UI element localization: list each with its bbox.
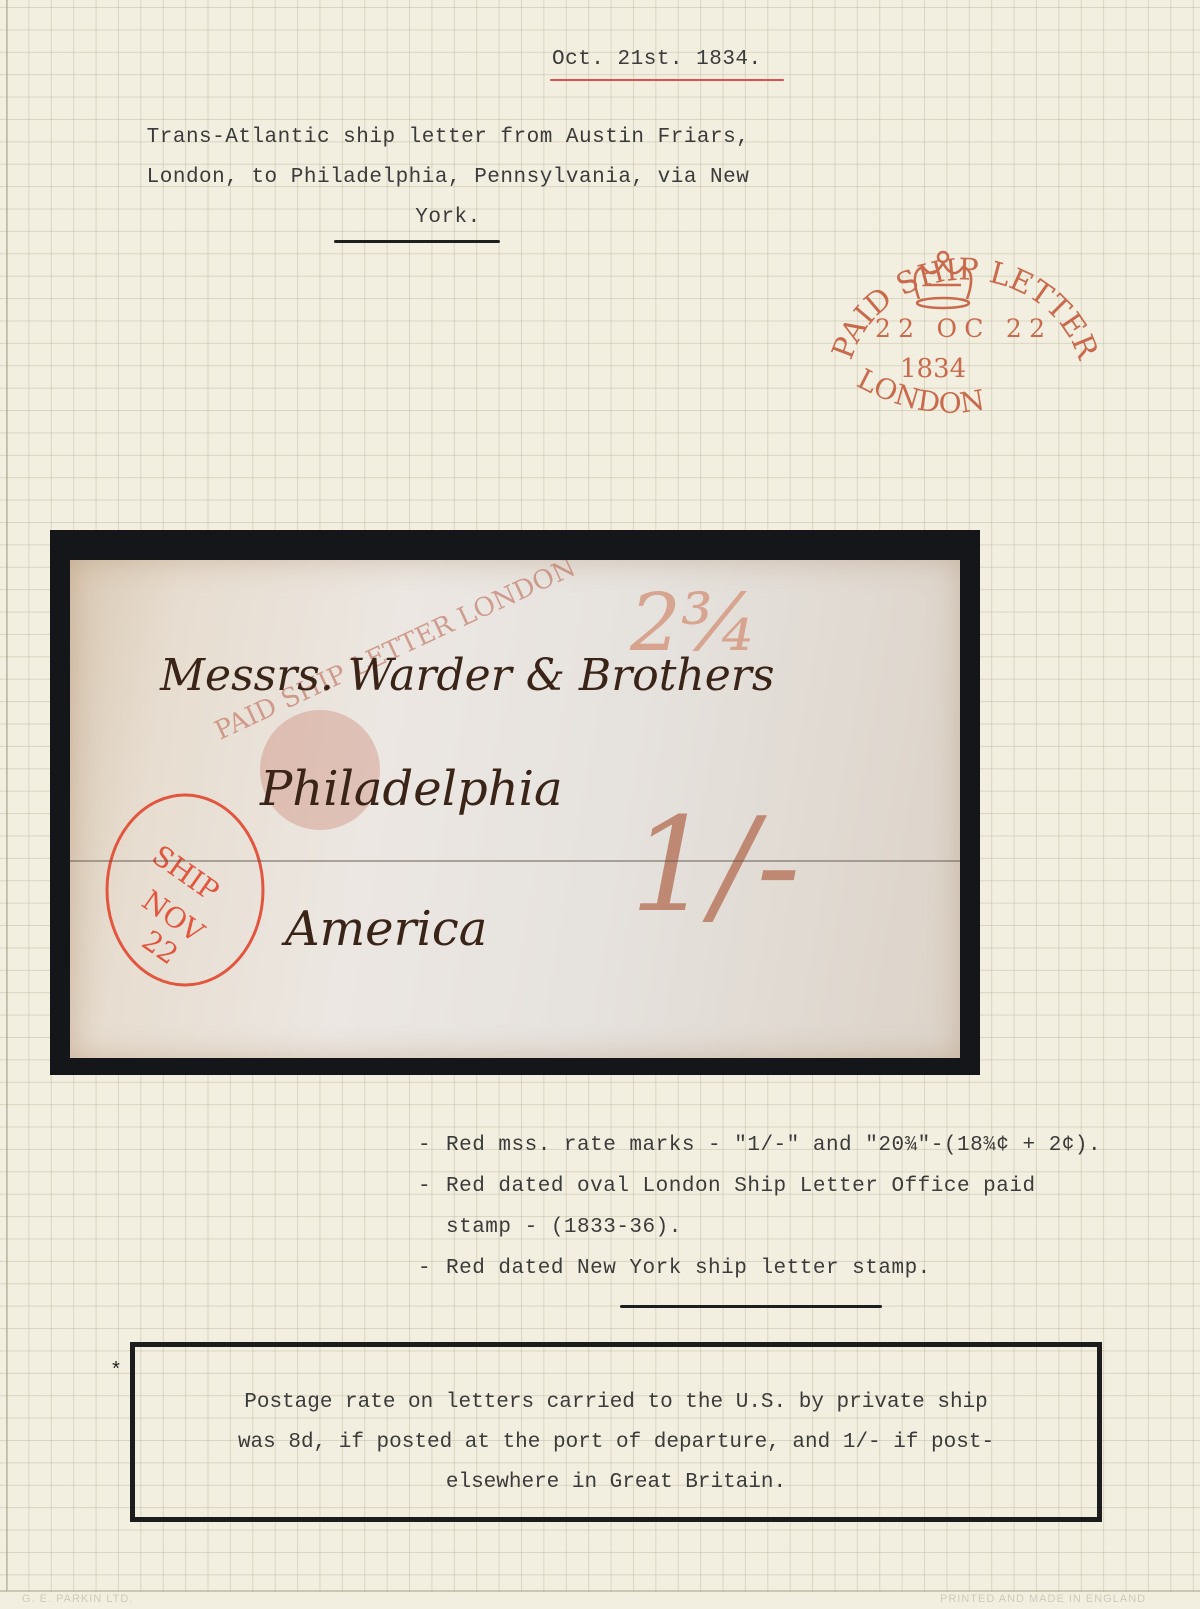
- divider-rule: [620, 1305, 882, 1308]
- intro-line: London, to Philadelphia, Pennsylvania, v…: [98, 158, 798, 198]
- printer-imprint: G. E. PARKIN LTD.: [22, 1593, 133, 1605]
- note-item: -Red mss. rate marks - "1/-" and "20¾"-(…: [418, 1125, 1101, 1166]
- stamp-arc-text: PAID SHIP LETTER: [825, 252, 1105, 365]
- note-item: -Red dated New York ship letter stamp.: [418, 1248, 1101, 1289]
- svg-text:Philadelphia: Philadelphia: [259, 761, 563, 817]
- entire-letter-cover: PAID SHIP LETTER LONDON SHIP NOV 22 2¾ 1…: [70, 560, 960, 1058]
- notes-list: -Red mss. rate marks - "1/-" and "20¾"-(…: [418, 1125, 1101, 1289]
- footnote-box: Postage rate on letters carried to the U…: [130, 1342, 1102, 1522]
- cover-fold-line: [70, 860, 960, 862]
- svg-text:1/-: 1/-: [630, 789, 800, 941]
- svg-text:Messrs. Warder & Brothers: Messrs. Warder & Brothers: [159, 650, 774, 701]
- page-border-left: [6, 0, 8, 1590]
- svg-text:1834: 1834: [900, 354, 966, 384]
- note-item: -Red dated oval London Ship Letter Offic…: [418, 1166, 1101, 1207]
- svg-text:America: America: [281, 901, 487, 957]
- page-date: Oct. 21st. 1834.: [552, 48, 762, 71]
- intro-line: York.: [98, 198, 798, 238]
- intro-line: Trans-Atlantic ship letter from Austin F…: [98, 118, 798, 158]
- footnote-text: Postage rate on letters carried to the U…: [135, 1383, 1097, 1503]
- made-in-imprint: PRINTED AND MADE IN ENGLAND: [940, 1593, 1146, 1605]
- footnote-marker: *: [110, 1360, 122, 1383]
- date-underline: [550, 79, 784, 81]
- svg-text:22 OC 22: 22 OC 22: [875, 314, 1045, 343]
- note-item: stamp - (1833-36).: [418, 1207, 1101, 1248]
- divider-rule: [334, 240, 500, 243]
- paid-ship-letter-stamp: PAID SHIP LETTER 22 OC 22 1834 LONDON: [825, 215, 1115, 445]
- intro-description: Trans-Atlantic ship letter from Austin F…: [98, 118, 798, 238]
